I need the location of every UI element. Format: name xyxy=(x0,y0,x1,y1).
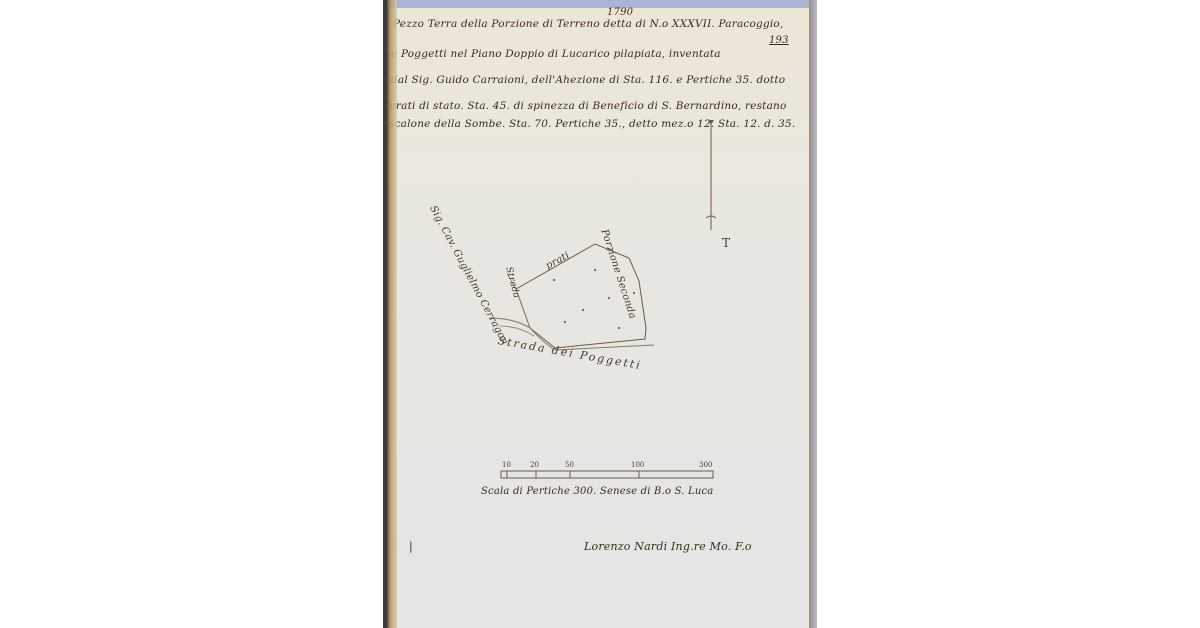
scale-tick: 10 xyxy=(502,461,511,469)
scale-tick: 50 xyxy=(565,461,574,469)
north-arrow-symbol: T xyxy=(722,236,730,250)
scale-tick: 100 xyxy=(631,461,644,469)
manuscript-page: 1790 Pezzo Terra della Porzione di Terre… xyxy=(389,8,815,628)
scale-caption: Scala di Pertiche 300. Senese di B.o S. … xyxy=(481,486,713,497)
scale-tick: 300 xyxy=(699,461,712,469)
manuscript-scan: 1790 Pezzo Terra della Porzione di Terre… xyxy=(383,0,817,628)
page-right-edge xyxy=(809,0,817,628)
surveyor-signature: Lorenzo Nardi Ing.re Mo. F.o xyxy=(584,540,752,553)
survey-map-drawing xyxy=(389,8,815,628)
scale-tick: 20 xyxy=(530,461,539,469)
margin-mark: | xyxy=(409,540,413,553)
page-gutter xyxy=(387,0,397,628)
